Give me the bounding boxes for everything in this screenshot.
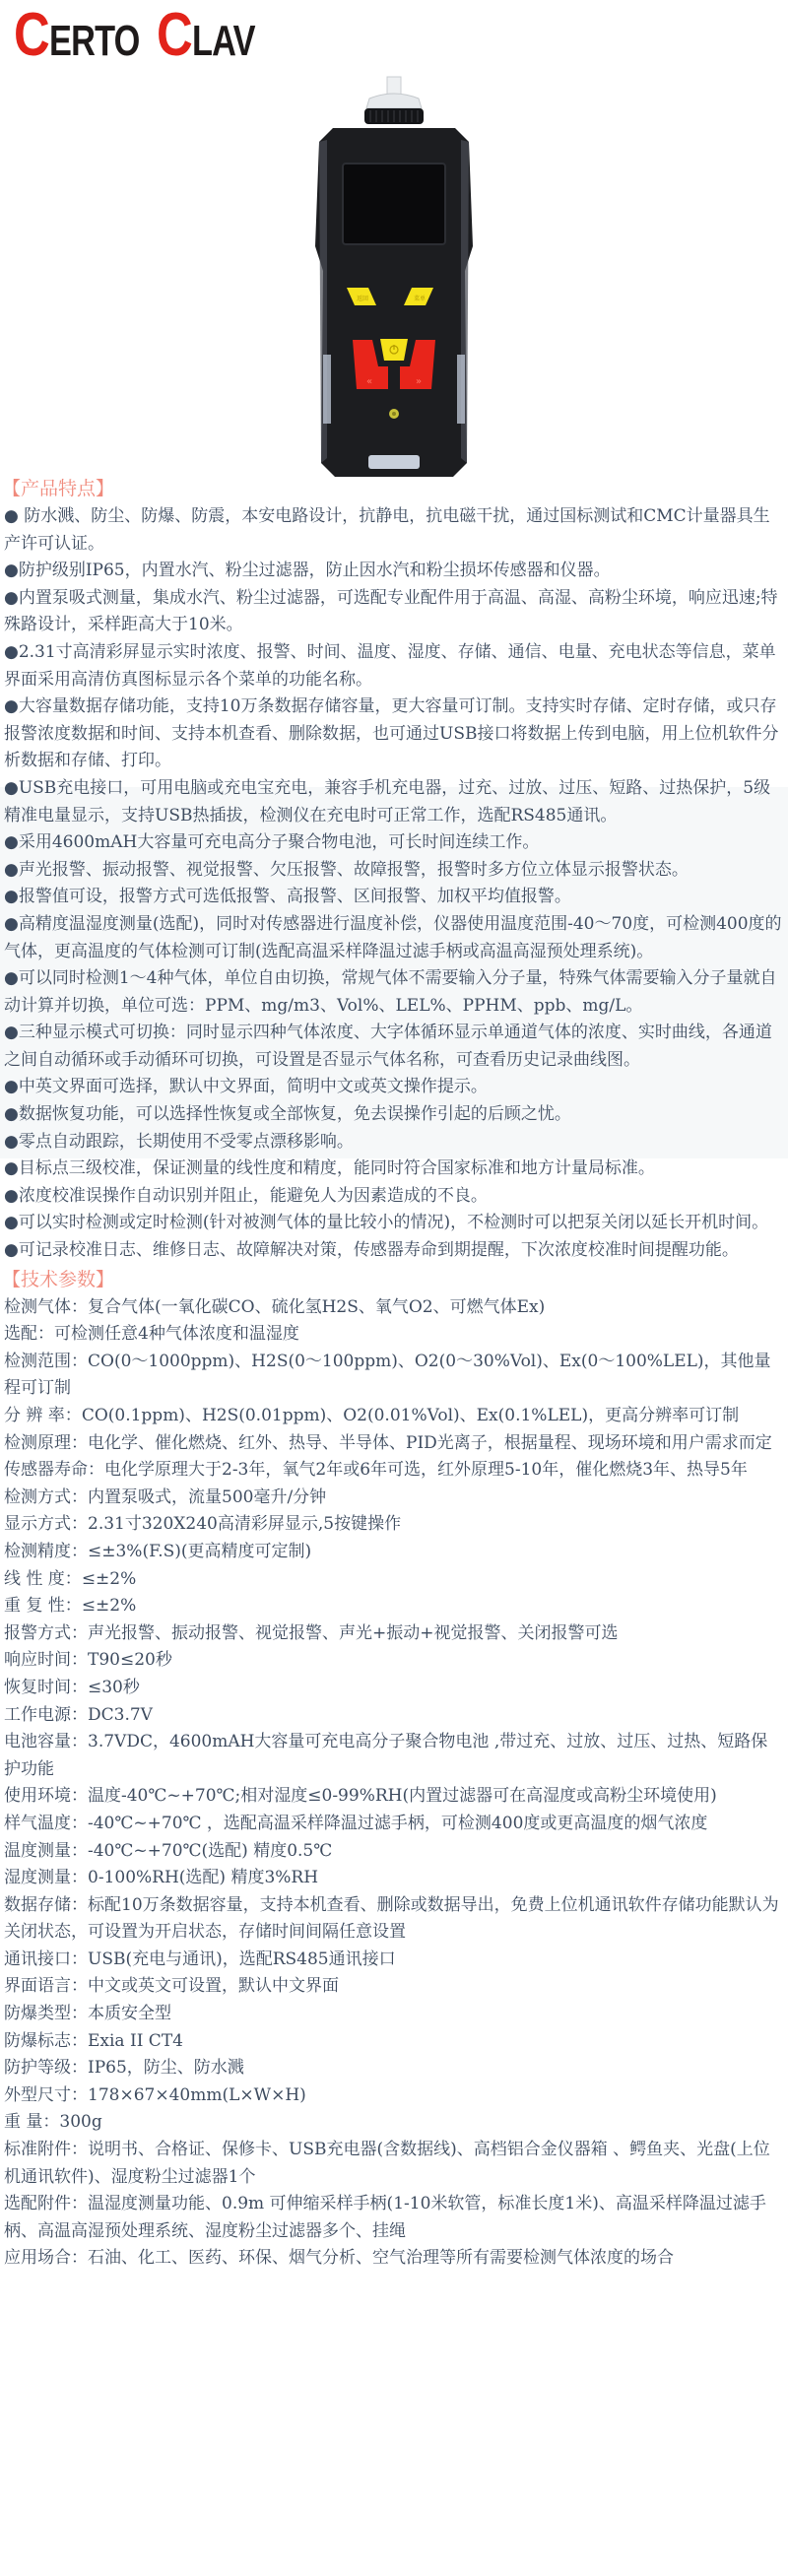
spec-label: 通讯接口： <box>4 1949 88 1969</box>
spec-value: 电化学原理大于2-3年，氧气2年或6年可选，红外原理5-10年，催化燃烧3年、热… <box>104 1460 748 1480</box>
spec-value: 内置泵吸式，流量500毫升/分钟 <box>88 1487 326 1507</box>
spec-label: 电池容量： <box>4 1732 88 1751</box>
spec-label: 样气温度： <box>4 1814 88 1833</box>
spec-row: 线 性 度：≤±2% <box>0 1566 788 1594</box>
spec-row: 检测原理：电化学、催化燃烧、红外、热导、半导体、PID光离子，根据量程、现场环境… <box>0 1430 788 1458</box>
spec-value: -40℃~+70℃(选配) 精度0.5℃ <box>88 1841 332 1861</box>
spec-label: 防爆类型： <box>4 2004 88 2023</box>
feature-item: ●可以同时检测1～4种气体，单位自由切换，常规气体不需要输入分子量，特殊气体需要… <box>0 965 788 1020</box>
spec-label: 报警方式： <box>4 1623 88 1643</box>
features-heading: 【产品特点】 <box>0 474 788 503</box>
spec-value: 3.7VDC，4600mAH大容量可充电高分子聚合物电池 ,带过充、过放、过压、… <box>4 1732 767 1779</box>
spec-label: 检测气体： <box>4 1297 88 1317</box>
spec-row: 检测方式：内置泵吸式，流量500毫升/分钟 <box>0 1485 788 1512</box>
spec-label: 检测范围： <box>4 1352 88 1371</box>
spec-row: 分 辨 率：CO(0.1ppm)、H2S(0.01ppm)、O2(0.01%Vo… <box>0 1403 788 1430</box>
spec-value: 石油、化工、医药、环保、烟气分析、空气治理等所有需要检测气体浓度的场合 <box>88 2248 674 2268</box>
spec-row: 检测气体：复合气体(一氧化碳CO、硫化氢H2S、氧气O2、可燃气体Ex) <box>0 1294 788 1322</box>
spec-label: 工作电源： <box>4 1705 88 1725</box>
spec-label: 湿度测量： <box>4 1868 88 1887</box>
logo-letters: ERTO <box>49 20 140 63</box>
spec-value: CO(0.1ppm)、H2S(0.01ppm)、O2(0.01%Vol)、Ex(… <box>82 1406 739 1425</box>
spec-value: 2.31寸320X240高清彩屏显示,5按键操作 <box>88 1514 401 1534</box>
spec-row: 电池容量：3.7VDC，4600mAH大容量可充电高分子聚合物电池 ,带过充、过… <box>0 1729 788 1783</box>
spec-value: 复合气体(一氧化碳CO、硫化氢H2S、氧气O2、可燃气体Ex) <box>88 1297 545 1317</box>
spec-label: 恢复时间： <box>4 1678 88 1697</box>
spec-label: 外型尺寸： <box>4 2085 88 2105</box>
spec-row: 通讯接口：USB(充电与通讯)，选配RS485通讯接口 <box>0 1947 788 1974</box>
feature-item: ●浓度校准误操作自动识别并阻止，能避免人为因素造成的不良。 <box>0 1183 788 1211</box>
svg-text:返回: 返回 <box>357 295 368 302</box>
spec-value: CO(0～1000ppm)、H2S(0～100ppm)、O2(0～30%Vol)… <box>4 1352 771 1399</box>
spec-row: 标准附件：说明书、合格证、保修卡、USB充电器(含数据线)、高档铝合金仪器箱 、… <box>0 2137 788 2191</box>
feature-item: ●目标点三级校准，保证测量的线性度和精度，能同时符合国家标准和地方计量局标准。 <box>0 1156 788 1183</box>
spec-row: 工作电源：DC3.7V <box>0 1702 788 1730</box>
spec-value: 声光报警、振动报警、视觉报警、声光+振动+视觉报警、关闭报警可选 <box>88 1623 619 1643</box>
feature-item: ●中英文界面可选择，默认中文界面，简明中文或英文操作提示。 <box>0 1074 788 1101</box>
spec-row: 恢复时间：≤30秒 <box>0 1675 788 1702</box>
spec-row: 湿度测量：0-100%RH(选配) 精度3%RH <box>0 1865 788 1892</box>
specs-heading: 【技术参数】 <box>0 1265 788 1294</box>
feature-item: ●采用4600mAH大容量可充电高分子聚合物电池，可长时间连续工作。 <box>0 829 788 857</box>
gas-detector-illustration: 返回 菜单 « » <box>256 69 532 483</box>
spec-label: 使用环境： <box>4 1786 88 1806</box>
spec-row: 显示方式：2.31寸320X240高清彩屏显示,5按键操作 <box>0 1511 788 1539</box>
spec-row: 传感器寿命：电化学原理大于2-3年，氧气2年或6年可选，红外原理5-10年，催化… <box>0 1457 788 1485</box>
feature-item: ●可以实时检测或定时检测(针对被测气体的量比较小的情况)，不检测时可以把泵关闭以… <box>0 1210 788 1237</box>
logo-letter: C <box>14 8 49 63</box>
spec-label: 选配： <box>4 1324 54 1344</box>
features-list: ● 防水溅、防尘、防爆、防震，本安电路设计，抗静电，抗电磁干扰，通过国标测试和C… <box>0 503 788 1265</box>
logo-letters: LAV <box>192 20 255 63</box>
spec-label: 温度测量： <box>4 1841 88 1861</box>
spec-row: 响应时间：T90≤20秒 <box>0 1647 788 1675</box>
spec-value: ≤±2% <box>82 1569 136 1589</box>
spec-row: 外型尺寸：178×67×40mm(L×W×H) <box>0 2082 788 2110</box>
spec-label: 界面语言： <box>4 1976 88 1996</box>
spec-label: 重 量： <box>4 2112 59 2132</box>
spec-row: 选配：可检测任意4种气体浓度和温湿度 <box>0 1321 788 1349</box>
feature-item: ●三种显示模式可切换：同时显示四种气体浓度、大字体循环显示单通道气体的浓度、实时… <box>0 1020 788 1074</box>
spec-value: DC3.7V <box>88 1705 153 1725</box>
spec-value: Exia II CT4 <box>88 2031 183 2051</box>
feature-item: ●报警值可设，报警方式可选低报警、高报警、区间报警、加权平均值报警。 <box>0 884 788 911</box>
spec-row: 样气温度：-40℃~+70℃ ，选配高温采样降温过滤手柄，可检测400度或更高温… <box>0 1811 788 1838</box>
spec-row: 温度测量：-40℃~+70℃(选配) 精度0.5℃ <box>0 1838 788 1866</box>
spec-value: 可检测任意4种气体浓度和温湿度 <box>54 1324 299 1344</box>
spec-value: 300g <box>59 2112 101 2132</box>
spec-label: 分 辨 率： <box>4 1406 82 1425</box>
spec-label: 防护等级： <box>4 2058 88 2078</box>
spec-value: 温湿度测量功能、0.9m 可伸缩采样手柄(1-10米软管，标准长度1米)、高温采… <box>4 2194 766 2241</box>
feature-item: ●大容量数据存储功能，支持10万条数据存储容量，更大容量可订制。支持实时存储、定… <box>0 694 788 775</box>
feature-item: ●数据恢复功能，可以选择性恢复或全部恢复，免去误操作引起的后顾之忧。 <box>0 1101 788 1129</box>
spec-label: 防爆标志： <box>4 2031 88 2051</box>
spec-value: 本质安全型 <box>88 2004 171 2023</box>
spec-value: 电化学、催化燃烧、红外、热导、半导体、PID光离子，根据量程、现场环境和用户需求… <box>88 1433 772 1453</box>
spec-row: 防爆标志：Exia II CT4 <box>0 2028 788 2056</box>
spec-value: ≤±2% <box>82 1596 136 1616</box>
article-body: 【产品特点】 ● 防水溅、防尘、防爆、防震，本安电路设计，抗静电，抗电磁干扰，通… <box>0 474 788 2273</box>
spec-value: 说明书、合格证、保修卡、USB充电器(含数据线)、高档铝合金仪器箱 、鳄鱼夹、光… <box>4 2140 770 2187</box>
feature-item: ●防护级别IP65，内置水汽、粉尘过滤器，防止因水汽和粉尘损坏传感器和仪器。 <box>0 558 788 585</box>
spec-label: 显示方式： <box>4 1514 88 1534</box>
spec-value: 标配10万条数据容量，支持本机查看、删除或数据导出，免费上位机通讯软件存储功能默… <box>4 1895 779 1943</box>
spec-label: 传感器寿命： <box>4 1460 104 1480</box>
spec-label: 检测原理： <box>4 1433 88 1453</box>
spec-value: 温度-40℃~+70℃;相对湿度≤0-99%RH(内置过滤器可在高湿度或高粉尘环… <box>88 1786 717 1806</box>
spec-value: 中文或英文可设置，默认中文界面 <box>88 1976 339 1996</box>
feature-item: ● 防水溅、防尘、防爆、防震，本安电路设计，抗静电，抗电磁干扰，通过国标测试和C… <box>0 503 788 558</box>
logo-letter: C <box>157 8 192 63</box>
spec-label: 检测方式： <box>4 1487 88 1507</box>
spec-row: 防爆类型：本质安全型 <box>0 2001 788 2028</box>
spec-row: 检测范围：CO(0～1000ppm)、H2S(0～100ppm)、O2(0～30… <box>0 1349 788 1403</box>
feature-item: ●USB充电接口，可用电脑或充电宝充电，兼容手机充电器，过充、过放、过压、短路、… <box>0 775 788 829</box>
feature-item: ●高精度温湿度测量(选配)，同时对传感器进行温度补偿，仪器使用温度范围-40～7… <box>0 911 788 965</box>
spec-value: USB(充电与通讯)，选配RS485通讯接口 <box>88 1949 396 1969</box>
feature-item: ●内置泵吸式测量，集成水汽、粉尘过滤器，可选配专业配件用于高温、高湿、高粉尘环境… <box>0 585 788 639</box>
svg-text:«: « <box>366 376 372 387</box>
spec-label: 线 性 度： <box>4 1569 82 1589</box>
spec-value: ≤±3%(F.S)(更高精度可定制) <box>88 1542 311 1561</box>
spec-row: 应用场合：石油、化工、医药、环保、烟气分析、空气治理等所有需要检测气体浓度的场合 <box>0 2245 788 2273</box>
spec-row: 使用环境：温度-40℃~+70℃;相对湿度≤0-99%RH(内置过滤器可在高湿度… <box>0 1783 788 1811</box>
product-image: 返回 菜单 « » <box>256 69 532 483</box>
spec-value: T90≤20秒 <box>88 1650 172 1670</box>
spec-value: ≤30秒 <box>88 1678 140 1697</box>
spec-label: 应用场合： <box>4 2248 88 2268</box>
spec-label: 重 复 性： <box>4 1596 82 1616</box>
spec-value: 178×67×40mm(L×W×H) <box>88 2085 306 2105</box>
feature-item: ●零点自动跟踪，长期使用不受零点漂移影响。 <box>0 1129 788 1156</box>
spec-row: 选配附件：温湿度测量功能、0.9m 可伸缩采样手柄(1-10米软管，标准长度1米… <box>0 2191 788 2245</box>
spec-value: IP65，防尘、防水溅 <box>88 2058 244 2078</box>
spec-row: 界面语言：中文或英文可设置，默认中文界面 <box>0 1973 788 2001</box>
spec-row: 数据存储：标配10万条数据容量，支持本机查看、删除或数据导出，免费上位机通讯软件… <box>0 1892 788 1947</box>
feature-item: ●2.31寸高清彩屏显示实时浓度、报警、时间、温度、湿度、存储、通信、电量、充电… <box>0 639 788 694</box>
spec-label: 响应时间： <box>4 1650 88 1670</box>
spec-row: 报警方式：声光报警、振动报警、视觉报警、声光+振动+视觉报警、关闭报警可选 <box>0 1620 788 1648</box>
spec-row: 防护等级：IP65，防尘、防水溅 <box>0 2055 788 2082</box>
spec-row: 检测精度：≤±3%(F.S)(更高精度可定制) <box>0 1539 788 1566</box>
brand-logo: C ERTO C LAV <box>14 8 251 63</box>
spec-value: 0-100%RH(选配) 精度3%RH <box>88 1868 318 1887</box>
spec-label: 选配附件： <box>4 2194 88 2213</box>
svg-text:»: » <box>416 376 422 387</box>
feature-item: ●声光报警、振动报警、视觉报警、欠压报警、故障报警，报警时多方位立体显示报警状态… <box>0 857 788 885</box>
spec-row: 重 量：300g <box>0 2109 788 2137</box>
spec-label: 标准附件： <box>4 2140 88 2159</box>
spec-label: 数据存储： <box>4 1895 88 1915</box>
spec-value: -40℃~+70℃ ，选配高温采样降温过滤手柄，可检测400度或更高温度的烟气浓… <box>88 1814 707 1833</box>
specs-list: 检测气体：复合气体(一氧化碳CO、硫化氢H2S、氧气O2、可燃气体Ex)选配：可… <box>0 1294 788 2273</box>
feature-item: ●可记录校准日志、维修日志、故障解决对策，传感器寿命到期提醒，下次浓度校准时间提… <box>0 1237 788 1265</box>
svg-text:菜单: 菜单 <box>414 295 426 302</box>
spec-label: 检测精度： <box>4 1542 88 1561</box>
spec-row: 重 复 性：≤±2% <box>0 1593 788 1620</box>
